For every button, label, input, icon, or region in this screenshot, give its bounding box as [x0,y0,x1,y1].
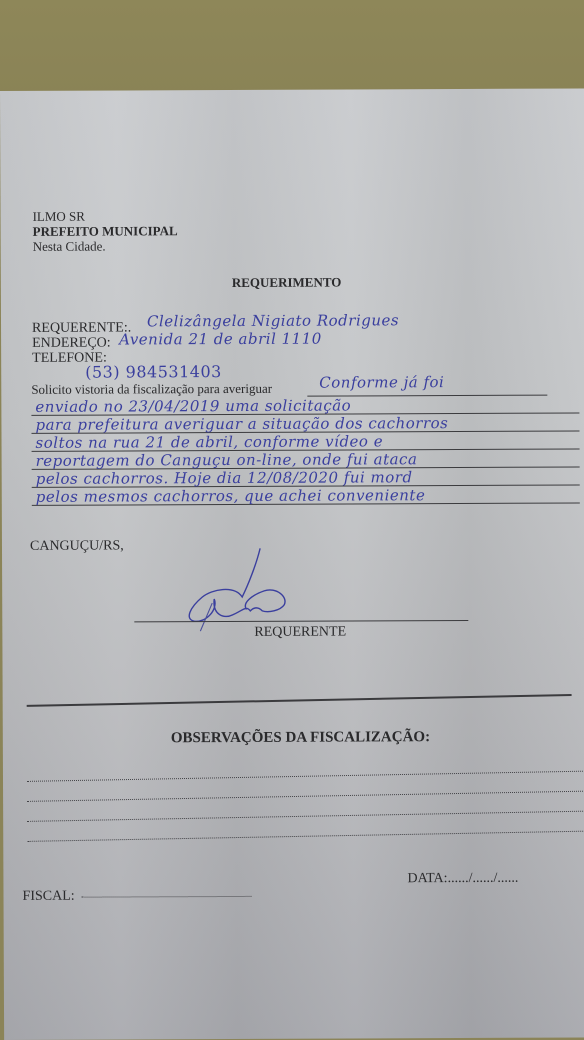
date-label-text: DATA: [407,871,447,886]
telefone-value[interactable]: (53) 984531403 [85,362,222,382]
fiscal-field[interactable] [82,896,252,898]
observations-title: OBSERVAÇÕES DA FISCALIZAÇÃO: [171,729,430,747]
endereco-label: ENDEREÇO: [32,336,111,352]
request-text-5[interactable]: pelos cachorros. Hoje dia 12/08/2020 fui… [36,468,413,488]
document-title: REQUERIMENTO [232,275,342,291]
date-label: DATA:....../....../...... [407,871,518,887]
addressee-line-2: PREFEITO MUNICIPAL [33,223,178,240]
requerente-label: REQUERENTE:. [32,320,131,336]
request-text-3[interactable]: soltos na rua 21 de abril, conforme víde… [35,432,383,452]
section-divider [27,694,572,706]
date-field[interactable]: ....../....../...... [448,871,519,886]
addressee-line-3: Nesta Cidade. [33,239,106,255]
requerente-value[interactable]: Clelizângela Nigiato Rodrigues [147,311,399,330]
request-text-0[interactable]: Conforme já foi [319,373,444,392]
city-date-label: CANGUÇU/RS, [30,538,124,554]
request-text-2[interactable]: para prefeitura averiguar a situação dos… [35,414,448,434]
addressee-line-1: ILMO SR [33,209,85,225]
request-label: Solicito vistoria da fiscalização para a… [31,381,272,398]
endereco-value[interactable]: Avenida 21 de abril 1110 [119,330,322,349]
request-text-6[interactable]: pelos mesmos cachorros, que achei conven… [36,486,426,506]
observation-line-1[interactable] [27,771,583,782]
signature-caption: REQUERENTE [254,624,346,640]
request-text-1[interactable]: enviado no 23/04/2019 uma solicitação [35,396,351,415]
observation-line-2[interactable] [27,791,583,802]
request-text-4[interactable]: reportagem do Canguçu on-line, onde fui … [36,450,418,470]
background-wall [0,0,584,96]
observation-line-4[interactable] [27,831,583,842]
observation-line-3[interactable] [27,811,583,822]
fiscal-label: FISCAL: [22,889,74,905]
requerimento-form: ILMO SR PREFEITO MUNICIPAL Nesta Cidade.… [0,88,584,1040]
